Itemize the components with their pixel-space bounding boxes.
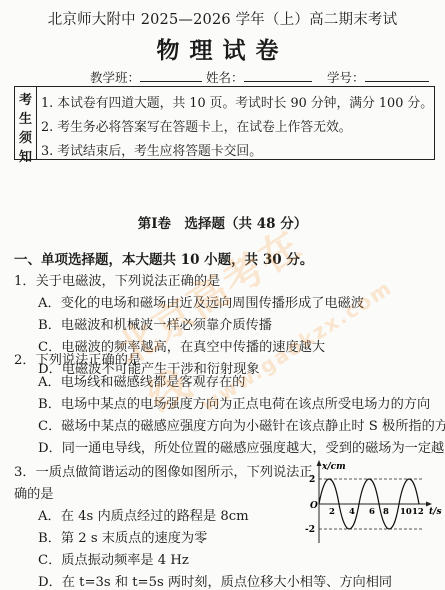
student-id-blank [365, 69, 429, 82]
question-1-option-b: B．电磁波和机械波一样必须靠介质传播 [38, 314, 272, 333]
x-tick: 10 [400, 507, 412, 517]
question-2-option-c: C．磁场中某点的磁感应强度方向为小磁针在该点静止时 S 极所指的方向 [38, 415, 445, 434]
student-id-field: 学号： [327, 68, 429, 86]
notice-item: 2. 考生务必将答案写在答题卡上，在试卷上作答无效。 [41, 116, 352, 135]
x-axis-label: t/s [429, 507, 442, 517]
question-2-option-b: B．电场中某点的电场强度方向为正点电荷在该点所受电场力的方向 [38, 393, 430, 412]
question-3-option-a: A．在 4s 内质点经过的路程是 8cm [38, 505, 249, 524]
notice-item: 3. 考试结束后，考生应将答题卡交回。 [41, 140, 262, 159]
notice-label-char: 考 [19, 89, 32, 108]
question-3-option-b: B．第 2 s 末质点的速度为零 [38, 527, 207, 546]
question-3-option-d: D．在 t=3s 和 t=5s 两时刻，质点位移大小相等、方向相同 [38, 571, 392, 590]
class-blank [140, 69, 202, 82]
notice-label-char: 生 [19, 108, 32, 127]
name-field: 姓名： [206, 68, 312, 86]
question-3-stem-line1: 3．一质点做简谐运动的图像如图所示，下列说法正 [14, 461, 313, 480]
notice-label-char: 知 [19, 146, 32, 165]
school-exam-title: 北京师大附中 2025—2026 学年（上）高二期末考试 [0, 8, 445, 29]
question-3-stem-line2: 确的是 [14, 483, 54, 502]
notice-item: 1. 本试卷有四道大题，共 10 页。考试时长 90 分钟，满分 100 分。 [41, 92, 433, 111]
student-id-label: 学号： [327, 70, 365, 85]
question-2-option-d: D．同一通电导线，所处位置的磁感应强度越大，受到的磁场为一定越大 [38, 437, 445, 456]
question-1-stem: 1．关于电磁波，下列说法正确的是 [14, 270, 220, 289]
x-tick: 4 [349, 507, 355, 517]
question-2-stem: 2．下列说法正确的是 [14, 349, 141, 368]
x-tick: 8 [383, 507, 389, 517]
shm-displacement-graph: x/cm 2 -2 O 2 4 6 8 10 12 t/s [305, 459, 445, 551]
y-tick-neg2: -2 [305, 525, 315, 535]
x-tick: 2 [329, 507, 335, 517]
x-tick: 6 [369, 507, 375, 517]
x-tick: 12 [412, 507, 424, 517]
y-axis-label: x/cm [321, 462, 346, 472]
class-field: 教学班： [90, 68, 202, 86]
part-title: 一、单项选择题，本大题共 10 小题，共 30 分。 [14, 248, 313, 268]
question-1-option-a: A．变化的电场和磁场由近及远向周围传播形成了电磁波 [38, 292, 364, 311]
notice-label: 考 生 须 知 [15, 87, 37, 159]
class-label: 教学班： [90, 70, 140, 85]
name-blank [244, 69, 312, 82]
section-title: 第Ⅰ卷 选择题（共 48 分） [0, 212, 445, 232]
question-2-option-a: A．电场线和磁感线都是客观存在的 [38, 371, 245, 390]
notice-label-char: 须 [19, 127, 32, 146]
y-tick-2: 2 [309, 475, 315, 485]
origin-label: O [310, 501, 318, 511]
name-label: 姓名： [206, 70, 244, 85]
question-3-option-c: C．质点振动频率是 4 Hz [38, 549, 189, 568]
exam-notice-box: 考 生 须 知 1. 本试卷有四道大题，共 10 页。考试时长 90 分钟，满分… [14, 86, 435, 160]
paper-title: 物理试卷 [0, 32, 445, 65]
